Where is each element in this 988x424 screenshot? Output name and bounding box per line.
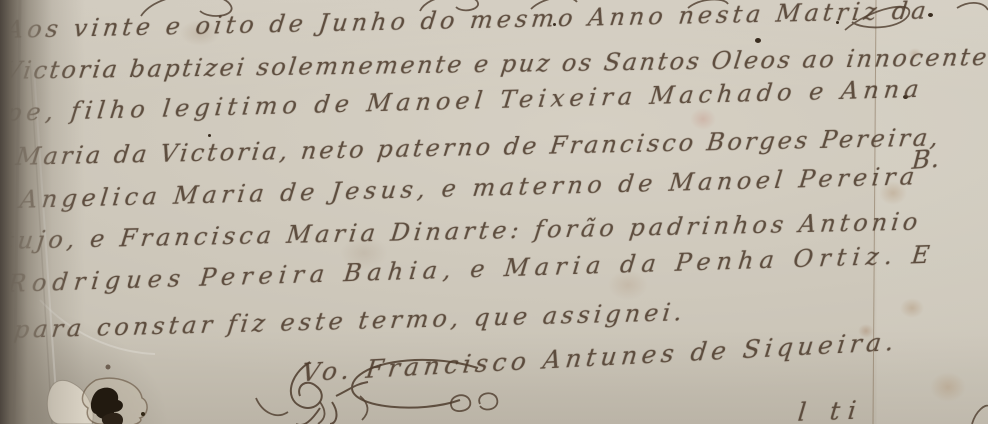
ink-speck (208, 134, 211, 137)
paper-stain (690, 108, 716, 130)
manuscript-line: Angelica Maria de Jesus, e materno de Ma… (18, 162, 920, 214)
ink-flourish-bottom (256, 393, 988, 424)
manuscript-scan: Aos vinte e oito de Junho do mesmo Anno … (0, 0, 988, 424)
manuscript-line: para constar fiz este termo, que assigne… (12, 298, 687, 344)
paper-stain (900, 298, 924, 318)
ink-speck (755, 38, 761, 43)
priest-signature: Vo. Francisco Antunes de Siqueira. (300, 327, 900, 387)
margin-note-b: B. (911, 144, 941, 175)
next-entry-fragment: l ti (796, 396, 865, 424)
paper-stain (930, 372, 966, 402)
manuscript-line: Maria da Victoria, neto paterno de Franc… (14, 124, 942, 171)
manuscript-line: Aos vinte e oito de Junho do mesmo Anno … (4, 0, 931, 44)
torn-hole (47, 365, 147, 424)
